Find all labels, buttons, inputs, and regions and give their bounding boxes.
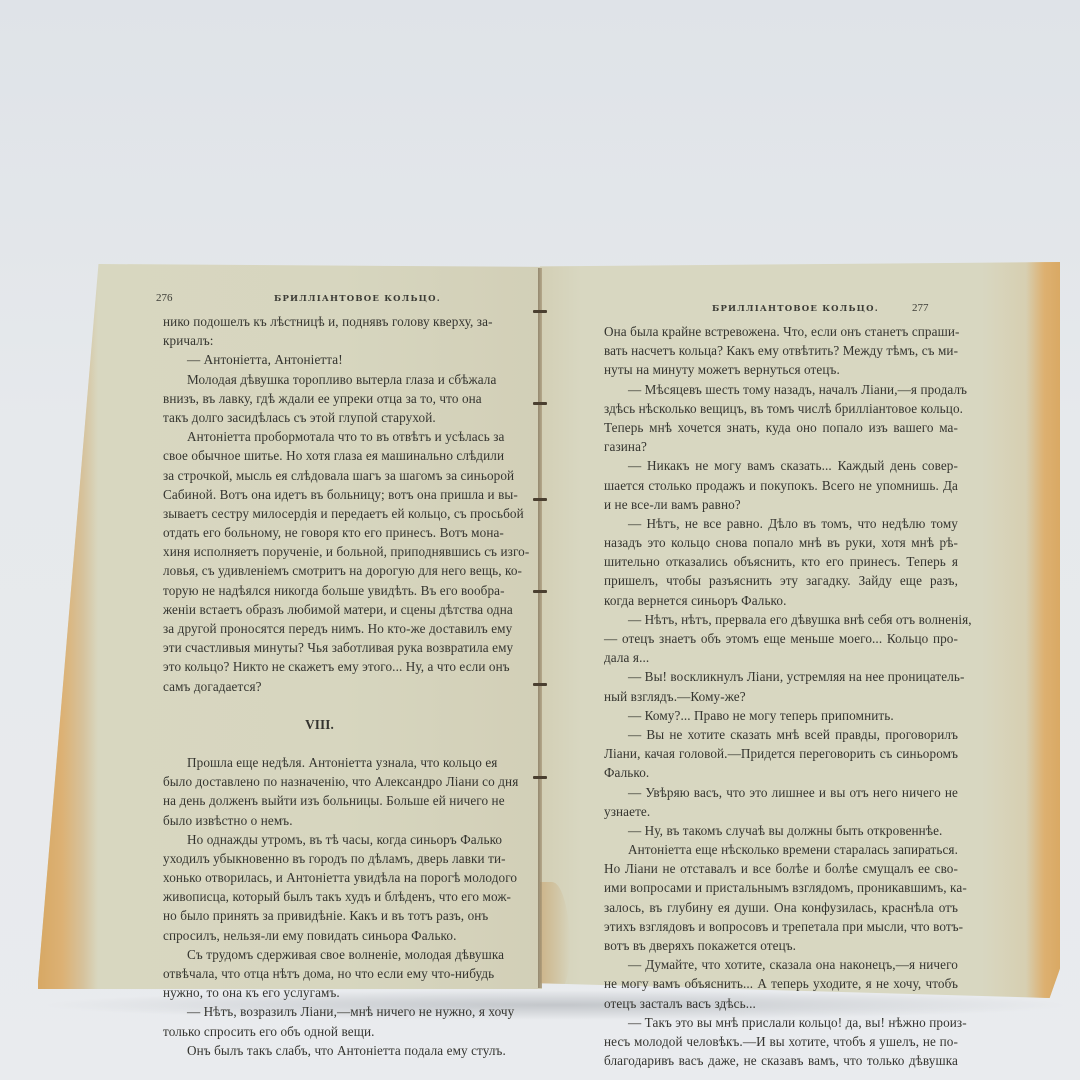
binding-stitch [533, 776, 547, 779]
text-line: и не все-ли вамъ равно? [604, 495, 958, 514]
text-line: это кольцо? Никто не скажетъ ему этого..… [163, 657, 476, 676]
text-line: шительно отказались объяснить, кто его п… [604, 552, 958, 571]
text-line: Лiани, качая головой.—Придется переговор… [604, 744, 958, 763]
text-line: ими вопросами и пристальнымъ взглядомъ, … [604, 878, 958, 897]
text-line: — Ну, въ такомъ случаѣ вы должны быть от… [604, 821, 958, 840]
text-line: Онъ былъ такъ слабъ, что Антонiетта пода… [163, 1041, 476, 1060]
text-line: — Увѣряю васъ, что это лишнее и вы отъ н… [604, 783, 958, 802]
text-line: Антонiетта пробормотала что то въ отвѣтъ… [163, 427, 476, 446]
text-line: не могу вамъ объяснить... А теперь уходи… [604, 974, 958, 993]
text-line: Прошла еще недѣля. Антонiетта узнала, чт… [163, 753, 476, 772]
text-line: назадъ это кольцо снова попало мнѣ въ ру… [604, 533, 958, 552]
text-line: кричалъ: [163, 331, 476, 350]
text-line: — Нѣтъ, не все равно. Дѣло въ томъ, что … [604, 514, 958, 533]
text-line: Съ трудомъ сдерживая свое волненiе, моло… [163, 945, 476, 964]
text-line: нужно, то она къ его услугамъ. [163, 983, 476, 1002]
text-line: здѣсь нѣсколько вещицъ, въ томъ числѣ бр… [604, 399, 958, 418]
text-line: живописца, который былъ такъ худъ и блѣд… [163, 887, 476, 906]
left-page-yellowed-edge [38, 264, 98, 989]
left-running-title: БРИЛЛIАНТОВОЕ КОЛЬЦО. [274, 294, 441, 304]
text-line: — Кому?... Право не могу теперь припомни… [604, 706, 958, 725]
text-line: отдать его больному, не говоря кто его п… [163, 523, 476, 542]
text-line: за строчкой, мысль ея слѣдовала шагъ за … [163, 466, 476, 485]
text-line: ный взглядъ.—Кому-же? [604, 687, 958, 706]
binding-stitch [533, 498, 547, 501]
text-line: дала я... [604, 648, 958, 667]
text-line: уходилъ убыкновенно въ городъ по дѣламъ,… [163, 849, 476, 868]
right-page-number: 277 [912, 302, 929, 314]
text-line: нуты на минуту можетъ вернуться отецъ. [604, 360, 958, 379]
text-line: когда вернется синьоръ Фалько. [604, 591, 958, 610]
text-line: этихъ взглядовъ и вопросовъ и трепетала … [604, 917, 958, 936]
text-line: несъ молодой человѣкъ.—И вы хотите, чтоб… [604, 1032, 958, 1051]
binding-stitch [533, 310, 547, 313]
text-line: но было принять за привидѣнiе. Какъ и въ… [163, 906, 476, 925]
text-line: хонько отворилась, и Антонiетта увидѣла … [163, 868, 476, 887]
left-page-text: нико подошелъ къ лѣстницѣ и, поднявъ гол… [163, 312, 476, 1060]
text-line: Но Лiани не отставалъ и все болѣе и болѣ… [604, 859, 958, 878]
text-line: Но однажды утромъ, въ тѣ часы, когда син… [163, 830, 476, 849]
chapter-heading: VIII. [163, 715, 476, 734]
text-line: Теперь мнѣ хочется знать, куда оно попал… [604, 418, 958, 437]
text-line: Молодая дѣвушка торопливо вытерла глаза … [163, 370, 476, 389]
paragraph-spacer [163, 696, 476, 715]
text-line: узнаете. [604, 802, 958, 821]
text-line: отвѣчала, что отца нѣтъ дома, но что есл… [163, 964, 476, 983]
text-line: шается столько продажъ и покупокъ. Всего… [604, 476, 958, 495]
text-line: — Нѣтъ, возразилъ Лiани,—мнѣ ничего не н… [163, 1002, 476, 1021]
text-line: — Мѣсяцевъ шесть тому назадъ, началъ Лiа… [604, 380, 958, 399]
text-line: вать насчетъ кольца? Какъ ему отвѣтить? … [604, 341, 958, 360]
text-line: залось, въ глубину ея души. Она конфузил… [604, 898, 958, 917]
text-line: — Такъ это вы мнѣ прислали кольцо! да, в… [604, 1013, 958, 1032]
right-page-worn-spot [540, 882, 570, 992]
text-line: — Думайте, что хотите, сказала она након… [604, 955, 958, 974]
book-spine-gutter [538, 268, 542, 988]
text-line: — Вы! воскликнулъ Лiани, устремляя на не… [604, 667, 958, 686]
text-line: вотъ въ дверяхъ покажется отецъ. [604, 936, 958, 955]
binding-stitch [533, 402, 547, 405]
text-line: только спросить его объ одной вещи. [163, 1022, 476, 1041]
text-line: газина? [604, 437, 958, 456]
text-line: эти счастливыя минуты? Чья заботливая ру… [163, 638, 476, 657]
text-line: Антонiетта еще нѣсколько времени старала… [604, 840, 958, 859]
binding-stitch [533, 590, 547, 593]
text-line: — отецъ знаетъ объ этомъ еще меньше моег… [604, 629, 958, 648]
text-line: торую не надѣялся никогда больше увидѣть… [163, 581, 476, 600]
left-page-number: 276 [156, 292, 173, 304]
text-line: пришелъ, чтобы разъяснить эту загадку. З… [604, 571, 958, 590]
binding-stitch [533, 683, 547, 686]
text-line: отецъ засталъ васъ здѣсь... [604, 994, 958, 1013]
text-line: спросилъ, нельзя-ли ему повидать синьора… [163, 926, 476, 945]
text-line: ловья, съ удивленiемъ смотритъ на дорогу… [163, 561, 476, 580]
text-line: — Антонiетта, Антонiетта! [163, 350, 476, 369]
text-line: нико подошелъ къ лѣстницѣ и, поднявъ гол… [163, 312, 476, 331]
text-line: — Нѣтъ, нѣтъ, прервала его дѣвушка внѣ с… [604, 610, 958, 629]
text-line: женiи встаетъ образъ любимой матери, и с… [163, 600, 476, 619]
paragraph-spacer [163, 734, 476, 753]
right-page-yellowed-edge [1026, 262, 1060, 998]
text-line: хиня исполняетъ порученiе, и больной, пр… [163, 542, 476, 561]
text-line: за другой проносятся передъ нимъ. Но кто… [163, 619, 476, 638]
text-line: благодаривъ васъ даже, не сказавъ вамъ, … [604, 1051, 958, 1070]
text-line: — Вы не хотите сказать мнѣ всей правды, … [604, 725, 958, 744]
text-line: Она была крайне встревожена. Что, если о… [604, 322, 958, 341]
right-page-text: Она была крайне встревожена. Что, если о… [604, 322, 958, 1070]
text-line: было извѣстно о немъ. [163, 811, 476, 830]
text-line: самъ догадается? [163, 677, 476, 696]
text-line: — Никакъ не могу вамъ сказать... Каждый … [604, 456, 958, 475]
text-line: на день долженъ выйти изъ больницы. Боль… [163, 791, 476, 810]
text-line: свое обычное шитье. Но хотя глаза ея маш… [163, 446, 476, 465]
right-running-title: БРИЛЛIАНТОВОЕ КОЛЬЦО. [712, 304, 879, 314]
text-line: такъ долго засидѣлась съ этой глупой ста… [163, 408, 476, 427]
text-line: внизъ, въ лавку, гдѣ ждали ее упреки отц… [163, 389, 476, 408]
text-line: зываетъ сестру милосердiя и передаетъ ей… [163, 504, 476, 523]
text-line: было доставлено по назначенiю, что Алекс… [163, 772, 476, 791]
text-line: Сабиной. Вотъ она идетъ въ больницу; вот… [163, 485, 476, 504]
text-line: Фалько. [604, 763, 958, 782]
